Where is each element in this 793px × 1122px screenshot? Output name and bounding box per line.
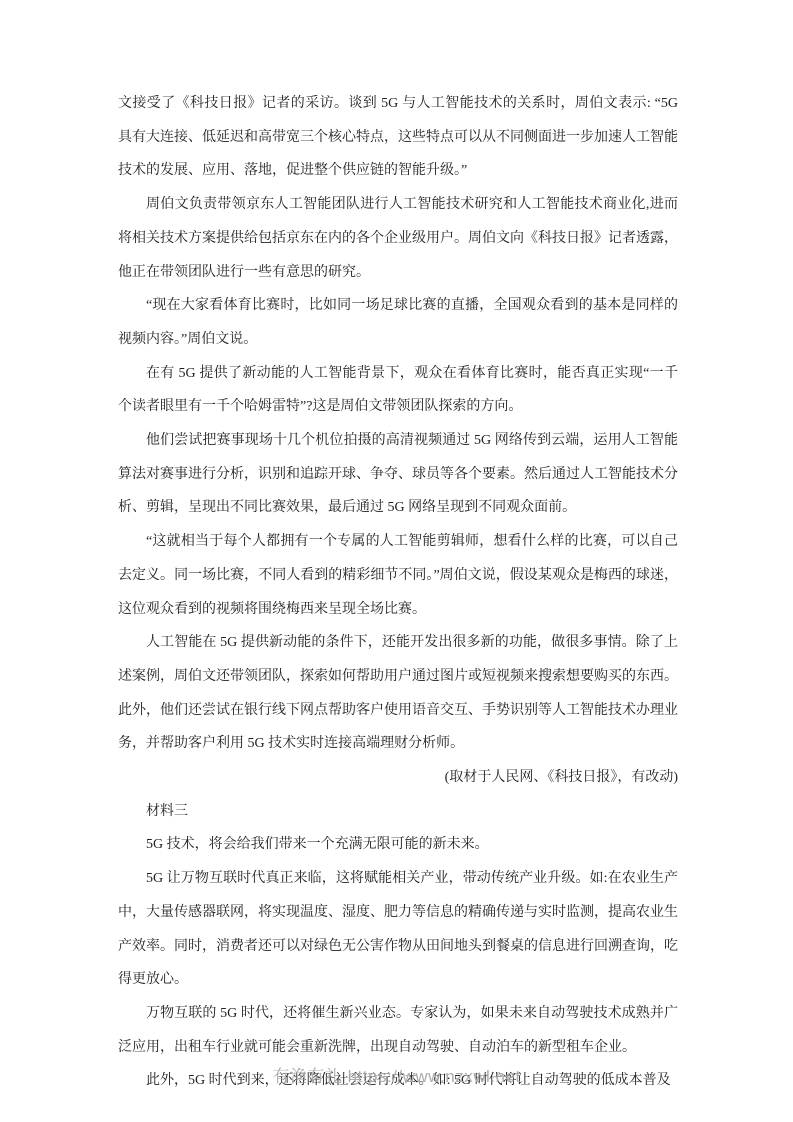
body-paragraph: 5G 让万物互联时代真正来临，这将赋能相关产业，带动传统产业升级。如:在农业生产… (118, 862, 678, 997)
body-paragraph: 周伯文负责带领京东人工智能团队进行人工智能技术研究和人工智能技术商业化,进而将相… (118, 188, 678, 289)
body-paragraph: “现在大家看体育比赛时，比如同一场足球比赛的直播，全国观众看到的基本是同样的视频… (118, 289, 678, 356)
body-paragraph: 他们尝试把赛事现场十几个机位拍摄的高清视频通过 5G 网络传到云端，运用人工智能… (118, 424, 678, 525)
body-paragraph-continued: 文接受了《科技日报》记者的采访。谈到 5G 与人工智能技术的关系时，周伯文表示:… (118, 87, 678, 188)
attribution-line: (取材于人民网、《科技日报》，有改动) (118, 761, 678, 795)
document-page: 文接受了《科技日报》记者的采访。谈到 5G 与人工智能技术的关系时，周伯文表示:… (0, 0, 793, 1122)
body-paragraph: 万物互联的 5G 时代，还将催生新兴业态。专家认为，如果未来自动驾驶技术成熟并广… (118, 997, 678, 1064)
document-body: 文接受了《科技日报》记者的采访。谈到 5G 与人工智能技术的关系时，周伯文表示:… (118, 87, 678, 1098)
section-heading-material-three: 材料三 (118, 795, 678, 829)
body-paragraph: “这就相当于每个人都拥有一个专属的人工智能剪辑师，想看什么样的比赛，可以自己去定… (118, 525, 678, 626)
watermark: 有渔有礼 https://www.nzxwl.net (0, 1062, 793, 1087)
body-paragraph: 5G 技术，将会给我们带来一个充满无限可能的新未来。 (118, 828, 678, 862)
body-paragraph: 人工智能在 5G 提供新动能的条件下，还能开发出很多新的功能，做很多事情。除了上… (118, 626, 678, 761)
body-paragraph: 在有 5G 提供了新动能的人工智能背景下，观众在看体育比赛时，能否真正实现“一千… (118, 357, 678, 424)
